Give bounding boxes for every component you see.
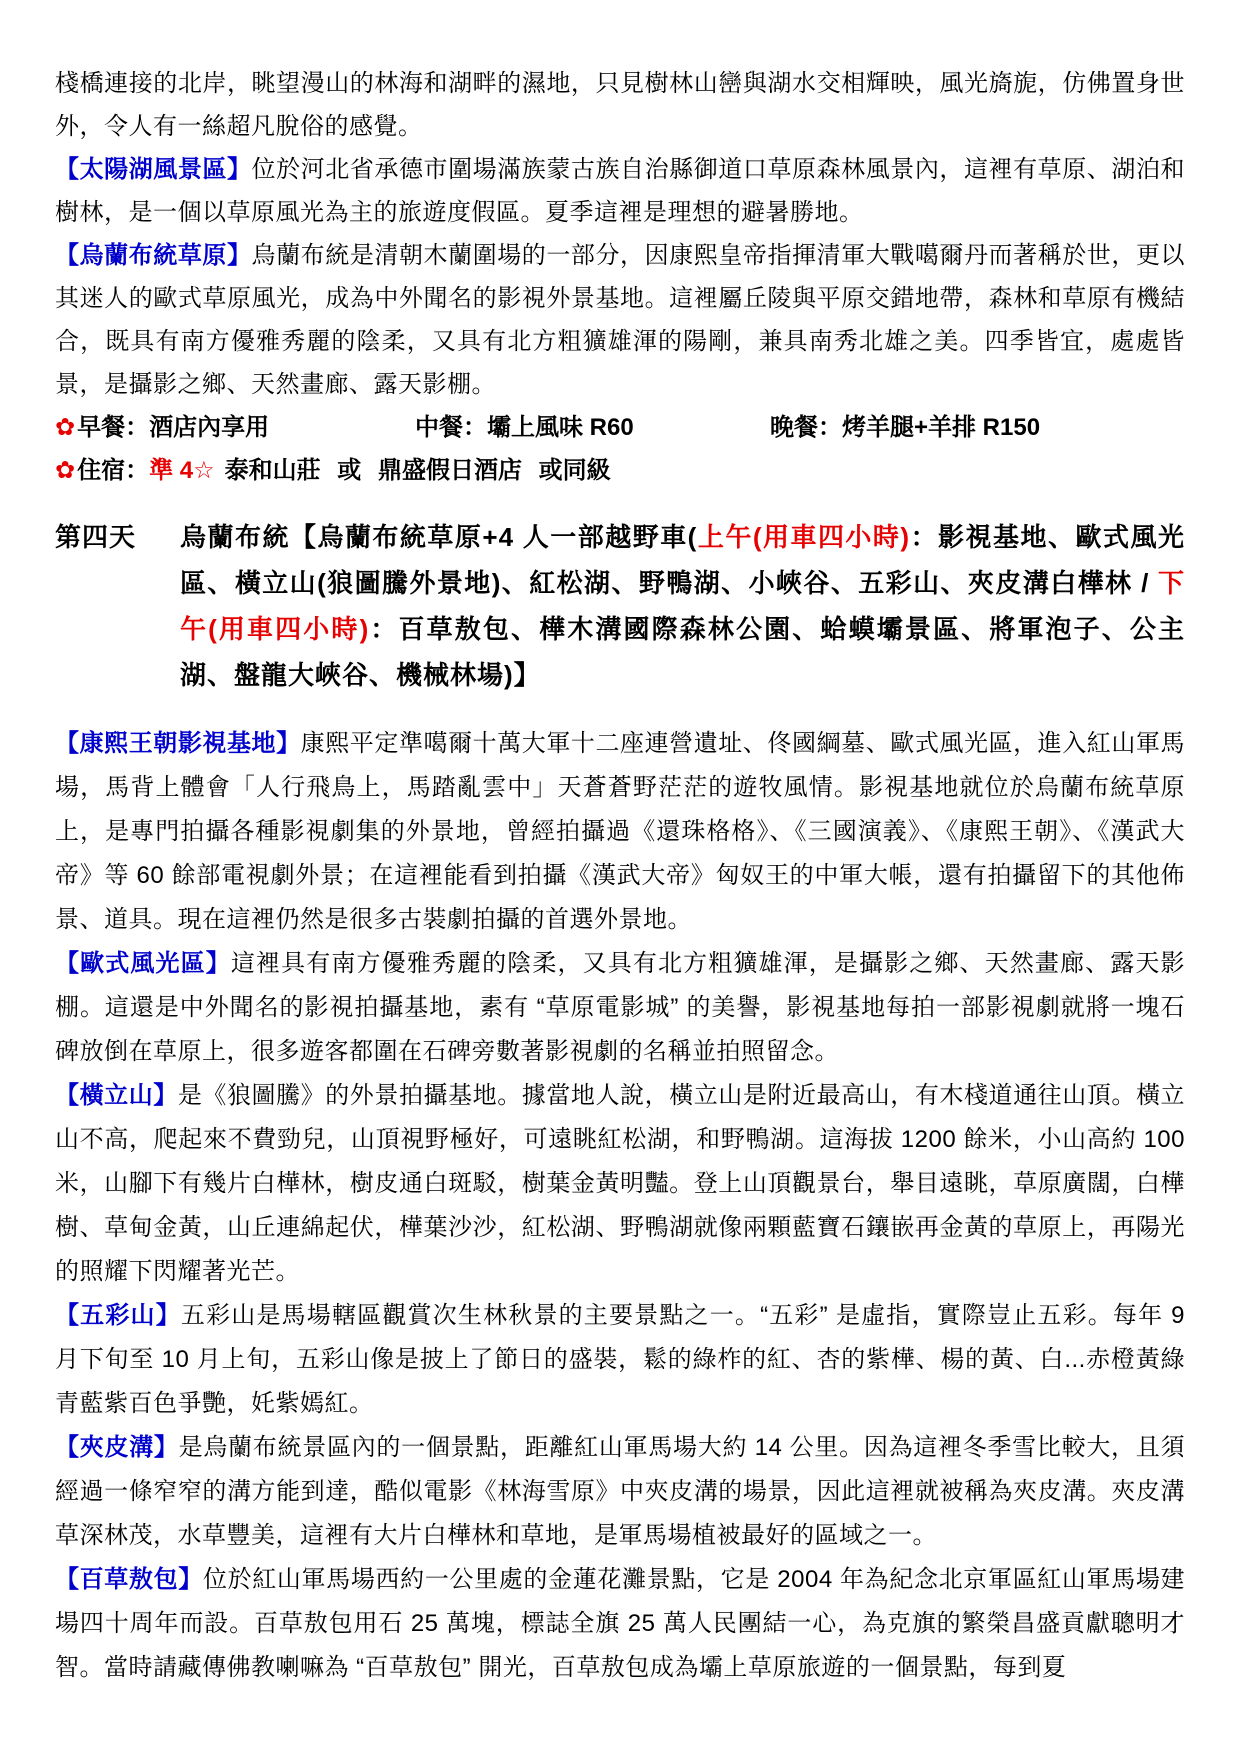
- section-title-hengli-mountain: 【橫立山】: [55, 1082, 178, 1109]
- section-baicao-aobao: 【百草敖包】位於紅山軍馬場西約一公里處的金蓮花灘景點，它是 2004 年為紀念北…: [55, 1558, 1185, 1690]
- hotel-names: 泰和山莊 或 鼎盛假日酒店 或同級: [225, 449, 611, 492]
- breakfast-item: ✿早餐：酒店內享用: [55, 406, 415, 449]
- section-body-kangxi-film-base: 康熙平定準噶爾十萬大軍十二座連營遺址、佟國綱墓、歐式風光區，進入紅山軍馬場，馬背…: [55, 730, 1185, 933]
- section-jiapigou: 【夾皮溝】是烏蘭布統景區內的一個景點，距離紅山軍馬場大約 14 公里。因為這裡冬…: [55, 1426, 1185, 1558]
- section-body-wucai-mountain: 五彩山是馬場轄區觀賞次生林秋景的主要景點之一。“五彩” 是虛指，實際豈止五彩。每…: [55, 1302, 1185, 1417]
- day4-morning-time: 上午(用車四小時): [697, 522, 910, 552]
- section-title-wulanbutong-grassland: 【烏蘭布統草原】: [55, 242, 252, 269]
- section-title-kangxi-film-base: 【康熙王朝影視基地】: [55, 730, 301, 757]
- section-hengli-mountain: 【橫立山】是《狼圖騰》的外景拍攝基地。據當地人說，橫立山是附近最高山，有木棧道通…: [55, 1074, 1185, 1294]
- lodging-row: ✿住宿：準 4☆泰和山莊 或 鼎盛假日酒店 或同級: [55, 449, 1185, 492]
- section-title-wucai-mountain: 【五彩山】: [55, 1302, 181, 1329]
- section-wulanbutong-grassland: 【烏蘭布統草原】烏蘭布統是清朝木蘭圍場的一部分，因康熙皇帝指揮清軍大戰噶爾丹而著…: [55, 234, 1185, 406]
- dinner-item: 晚餐：烤羊腿+羊排 R150: [770, 406, 1040, 449]
- day4-seg1: 烏蘭布統【烏蘭布統草原+4 人一部越野車(: [180, 522, 697, 552]
- section-body-hengli-mountain: 是《狼圖騰》的外景拍攝基地。據當地人說，橫立山是附近最高山，有木棧道通往山頂。橫…: [55, 1082, 1185, 1285]
- section-wucai-mountain: 【五彩山】五彩山是馬場轄區觀賞次生林秋景的主要景點之一。“五彩” 是虛指，實際豈…: [55, 1294, 1185, 1426]
- day4-itinerary: 烏蘭布統【烏蘭布統草原+4 人一部越野車(上午(用車四小時)：影視基地、歐式風光…: [180, 514, 1185, 698]
- hotel-grade: 準 4☆: [149, 449, 215, 492]
- section-body-baicao-aobao: 位於紅山軍馬場西約一公里處的金蓮花灘景點，它是 2004 年為紀念北京軍區紅山軍…: [55, 1566, 1185, 1681]
- lunch-item: 中餐：壩上風味 R60: [415, 406, 770, 449]
- day4-heading: 第四天 烏蘭布統【烏蘭布統草原+4 人一部越野車(上午(用車四小時)：影視基地、…: [55, 514, 1185, 698]
- flower-icon: ✿: [55, 414, 75, 441]
- paragraph-intro: 棧橋連接的北岸，眺望漫山的林海和湖畔的濕地，只見樹林山巒與湖水交相輝映，風光旖旎…: [55, 62, 1185, 148]
- document-page: 棧橋連接的北岸，眺望漫山的林海和湖畔的濕地，只見樹林山巒與湖水交相輝映，風光旖旎…: [0, 0, 1241, 1690]
- section-title-european-scenery: 【歐式風光區】: [55, 950, 231, 977]
- meals-row: ✿早餐：酒店內享用 中餐：壩上風味 R60 晚餐：烤羊腿+羊排 R150: [55, 406, 1185, 449]
- section-title-jiapigou: 【夾皮溝】: [55, 1434, 179, 1461]
- section-title-baicao-aobao: 【百草敖包】: [55, 1566, 203, 1593]
- section-taiyang-lake: 【太陽湖風景區】位於河北省承德市圍場滿族蒙古族自治縣御道口草原森林風景內，這裡有…: [55, 148, 1185, 234]
- section-kangxi-film-base: 【康熙王朝影視基地】康熙平定準噶爾十萬大軍十二座連營遺址、佟國綱墓、歐式風光區，…: [55, 722, 1185, 942]
- section-title-taiyang-lake: 【太陽湖風景區】: [55, 156, 252, 183]
- flower-icon: ✿: [55, 449, 75, 492]
- breakfast-label: 早餐：酒店內享用: [77, 414, 269, 441]
- section-european-scenery: 【歐式風光區】這裡具有南方優雅秀麗的陰柔，又具有北方粗獷雄渾，是攝影之鄉、天然畫…: [55, 942, 1185, 1074]
- section-body-jiapigou: 是烏蘭布統景區內的一個景點，距離紅山軍馬場大約 14 公里。因為這裡冬季雪比較大…: [55, 1434, 1185, 1549]
- lodging-label: 住宿：: [77, 449, 149, 492]
- day4-label: 第四天: [55, 514, 180, 698]
